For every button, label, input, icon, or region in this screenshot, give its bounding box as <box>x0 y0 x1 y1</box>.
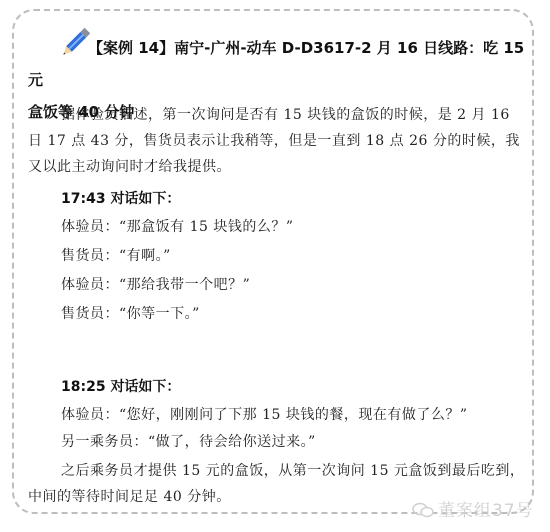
dialogue-2-heading: 18:25 对话如下： <box>61 376 180 396</box>
description-paragraph: 据体验员描述，第一次询问是否有 15 块钱的盒饭的时候，是 2 月 16 日 1… <box>28 102 528 180</box>
dialogue-line: 体验员：“那给我带一个吧？” <box>61 274 250 294</box>
dialogue-line: 体验员：“那盒饭有 15 块钱的么？” <box>61 216 294 236</box>
wechat-icon <box>412 502 434 518</box>
dialogue-line: 售货员：“有啊。” <box>61 245 171 265</box>
dialogue-1-heading: 17:43 对话如下： <box>61 188 180 208</box>
dialogue-line: 售货员：“你等一下。” <box>61 303 200 323</box>
watermark: 董案组37号 <box>412 496 534 521</box>
dialogue-line: 另一乘务员：“做了，待会给你送过来。” <box>61 431 316 451</box>
watermark-text: 董案组37号 <box>438 501 534 521</box>
dialogue-line: 体验员：“您好，刚刚问了下那 15 块钱的餐，现在有做了么？” <box>61 404 468 424</box>
title-line-1: 【案例 14】南宁-广州-动车 D-D3617-2 月 16 日线路：吃 15 … <box>28 39 524 89</box>
